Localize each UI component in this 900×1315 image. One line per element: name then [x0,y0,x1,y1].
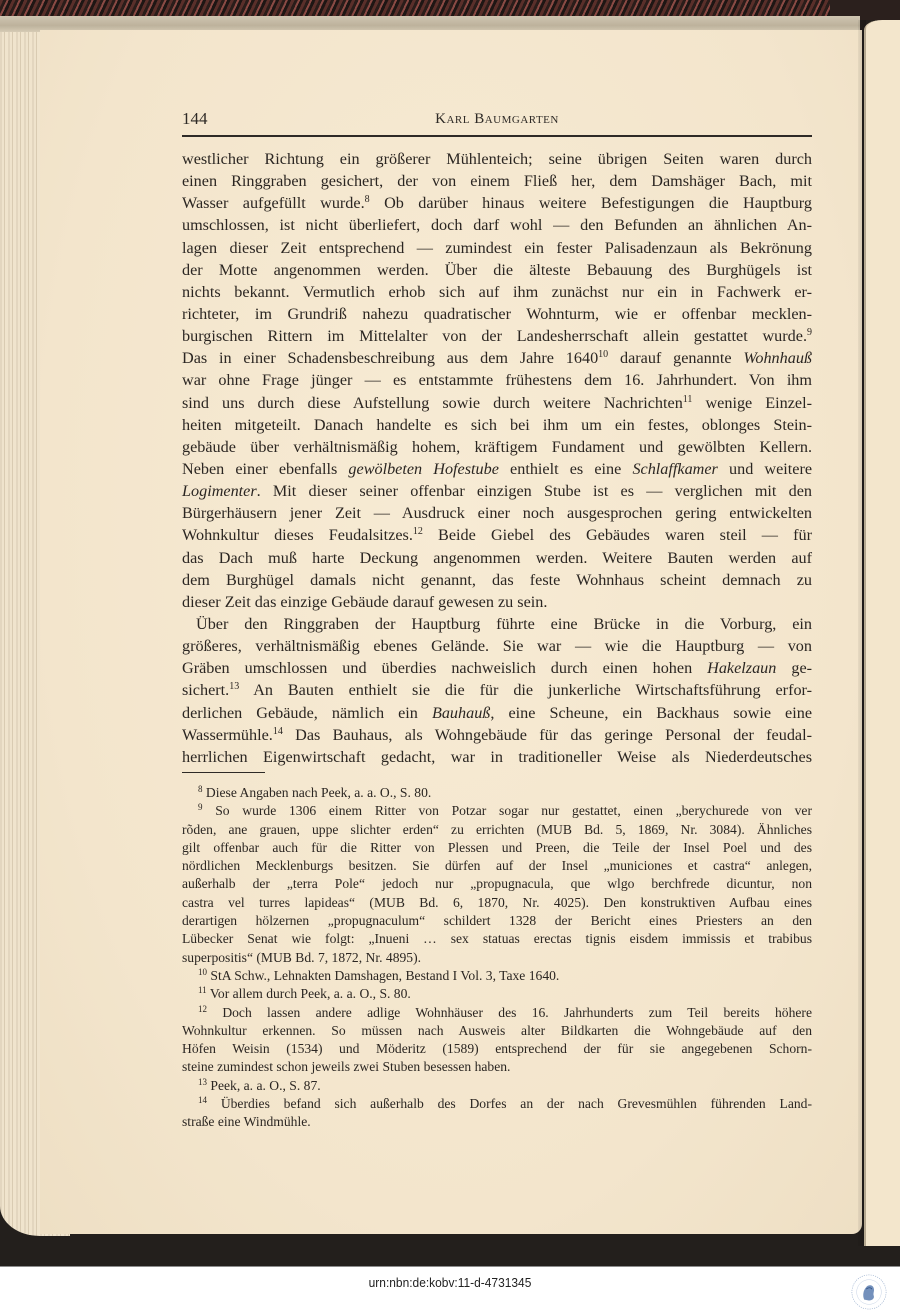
footnote-text: Doch lassen andere adlige Wohnhäuser des… [222,1005,812,1020]
urn-identifier: urn:nbn:de:kobv:11-d-4731345 [36,1275,864,1290]
footnote-ref[interactable]: 14 [273,726,283,737]
text-segment: enthielt es eine [510,460,621,478]
text-segment: derlichen Gebäude, nämlich ein [182,704,418,722]
text-segment: Ob darüber hinaus weitere Befestigungen … [384,194,812,212]
footnote-line: derartigen hölzernen „propugnaculum“ sch… [182,912,812,930]
footnote-line: castra vel turres lapideas“ (MUB Bd. 6, … [182,894,812,912]
text-segment: An Bauten enthielt sie die für die junke… [253,681,812,699]
footnote-number: 12 [198,1004,207,1014]
running-head: 144 Karl Baumgarten [182,107,812,137]
text-line: Wohnkultur dieses Feudalsitzes.12 Beide … [182,524,812,546]
italic-term: Bauhauß [432,704,490,722]
text-segment: Gräben umschlossen und überdies nachweis… [182,659,692,677]
text-segment: Wassermühle. [182,726,273,744]
text-segment: Das in einer Schadensbeschreibung aus de… [182,349,598,367]
viewer-footer: urn:nbn:de:kobv:11-d-4731345 [0,1266,900,1315]
text-line: westlicher Richtung ein größerer Mühlent… [182,148,812,170]
footnote-10: 10 StA Schw., Lehnakten Damshagen, Besta… [182,967,812,985]
text-line: das Dach muß harte Deckung angenommen we… [182,547,812,569]
footnotes: 8 Diese Angaben nach Peek, a. a. O., S. … [182,784,812,1132]
footnote-text: So wurde 1306 einem Ritter von Potzar so… [215,803,812,818]
text-segment: Neben einer ebenfalls [182,460,337,478]
footnote-8: 8 Diese Angaben nach Peek, a. a. O., S. … [182,784,812,802]
footnote-number: 11 [198,985,207,995]
footnote-12: 12 Doch lassen andere adlige Wohnhäuser … [182,1004,812,1022]
text-segment: ge- [791,659,812,677]
footnote-line: Höfen Weisin (1534) und Möderitz (1589) … [182,1040,812,1058]
text-line: sichert.13 An Bauten enthielt sie die fü… [182,679,812,701]
text-line: Über den Ringgraben der Hauptburg führte… [182,613,812,635]
footnote-number: 13 [198,1077,207,1087]
footnote-text: StA Schw., Lehnakten Damshagen, Bestand … [210,968,559,983]
text-segment: Beide Giebel des Gebäudes waren steil — … [438,526,812,544]
footnote-number: 9 [198,802,203,812]
text-segment: , eine Scheune, ein Backhaus sowie eine [490,704,812,722]
text-line: einen Ringgraben gesichert, der von eine… [182,170,812,192]
footnote-line: gilt offenbar auch für die Ritter von Pl… [182,839,812,857]
footnote-divider [182,772,265,773]
footnote-line: rõden, ane grauen, uppe slichter erden“ … [182,821,812,839]
text-line: Wasser aufgefüllt wurde.8 Ob darüber hin… [182,192,812,214]
footnote-number: 14 [198,1095,207,1105]
italic-term: Schlaffkamer [632,460,717,478]
text-segment: und weitere [729,460,812,478]
footnote-text: Peek, a. a. O., S. 87. [210,1078,320,1093]
footnote-ref[interactable]: 13 [229,681,239,692]
text-line: richteter, im Grundriß nahezu quadratisc… [182,303,812,325]
text-segment: burgischen Rittern im Mittelalter von de… [182,327,807,345]
footnote-line: superpositis“ (MUB Bd. 7, 1872, Nr. 4895… [182,949,812,967]
footnote-number: 10 [198,967,207,977]
footnote-ref[interactable]: 10 [598,349,608,360]
text-line: Wassermühle.14 Das Bauhaus, als Wohngebä… [182,724,812,746]
text-line: burgischen Rittern im Mittelalter von de… [182,325,812,347]
text-line: war ohne Frage jünger — es entstammte fr… [182,369,812,391]
facing-page-edge [864,20,900,1246]
text-line: dieser Zeit das einzige Gebäude darauf g… [182,591,812,613]
text-line: lagen dieser Zeit entsprechend — zuminde… [182,237,812,259]
footnote-line: nördlichen Mecklenburgs besitzen. Sie dü… [182,857,812,875]
text-line: gebäude über verhältnismäßig hohem, kräf… [182,436,812,458]
text-line: dem Burghügel damals nicht genannt, das … [182,569,812,591]
text-segment: Wasser aufgefüllt wurde. [182,194,365,212]
footnote-line: Lübecker Senat wie folgt: „Inueni … sex … [182,930,812,948]
footnote-ref[interactable]: 9 [807,327,812,338]
text-segment: wenige Einzel- [705,394,812,412]
text-line: heiten mitgeteilt. Danach handelte es si… [182,414,812,436]
text-segment: sichert. [182,681,229,699]
text-line: umschlossen, ist nicht überliefert, doch… [182,214,812,236]
footnote-14: 14 Überdies befand sich außerhalb des Do… [182,1095,812,1113]
italic-term: Wohnhauß [743,349,812,367]
text-line: Neben einer ebenfalls gewölbeten Hofestu… [182,458,812,480]
footnote-text: Diese Angaben nach Peek, a. a. O., S. 80… [206,785,431,800]
text-segment: . Mit dieser seiner offenbar einzigen St… [257,482,812,500]
text-line: derlichen Gebäude, nämlich ein Bauhauß, … [182,702,812,724]
italic-term: gewölbeten Hofestube [348,460,498,478]
text-line: sind uns durch diese Aufstellung sowie d… [182,392,812,414]
scanned-book-image: 144 Karl Baumgarten westlicher Richtung … [0,0,900,1266]
italic-term: Logimenter [182,482,257,500]
footnote-line: Wohnkultur erkennen. So müssen nach Ausw… [182,1022,812,1040]
text-line: der Motte angenommen werden. Über die äl… [182,259,812,281]
spine-shadow [858,20,866,1246]
footnote-9: 9 So wurde 1306 einem Ritter von Potzar … [182,802,812,820]
text-segment: Das Bauhaus, als Wohngebäude für das ger… [295,726,812,744]
footnote-line: außerhalb der „terra Pole“ jedoch nur „p… [182,875,812,893]
running-head-author: Karl Baumgarten [182,111,812,128]
text-line: nichts bekannt. Vermutlich erhob sich au… [182,281,812,303]
footnote-ref[interactable]: 12 [413,526,423,537]
text-segment: darauf genannte [620,349,732,367]
footnote-11: 11 Vor allem durch Peek, a. a. O., S. 80… [182,985,812,1003]
footnote-line: straße eine Windmühle. [182,1113,812,1131]
text-line: Das in einer Schadensbeschreibung aus de… [182,347,812,369]
footnote-line: steine zumindest schon jeweils zwei Stub… [182,1058,812,1076]
text-segment: Wohnkultur dieses Feudalsitzes. [182,526,413,544]
footnote-text: Vor allem durch Peek, a. a. O., S. 80. [210,986,411,1001]
text-line: herrlichen Eigenwirtschaft gedacht, war … [182,746,812,768]
text-line: Logimenter. Mit dieser seiner offenbar e… [182,480,812,502]
text-line: Bürgerhäusern jener Zeit — Ausdruck eine… [182,502,812,524]
humboldt-university-seal-icon [850,1273,888,1311]
body-text: westlicher Richtung ein größerer Mühlent… [182,148,812,768]
footnote-ref[interactable]: 8 [365,194,370,205]
text-segment: sind uns durch diese Aufstellung sowie d… [182,394,683,412]
text-line: Gräben umschlossen und überdies nachweis… [182,657,812,679]
italic-term: Hakelzaun [707,659,776,677]
footnote-13: 13 Peek, a. a. O., S. 87. [182,1077,812,1095]
footnote-ref[interactable]: 11 [683,394,693,405]
text-line: größeres, verhältnismäßig ebenes Gelände… [182,635,812,657]
footnote-number: 8 [198,784,203,794]
footnote-text: Überdies befand sich außerhalb des Dorfe… [221,1096,812,1111]
